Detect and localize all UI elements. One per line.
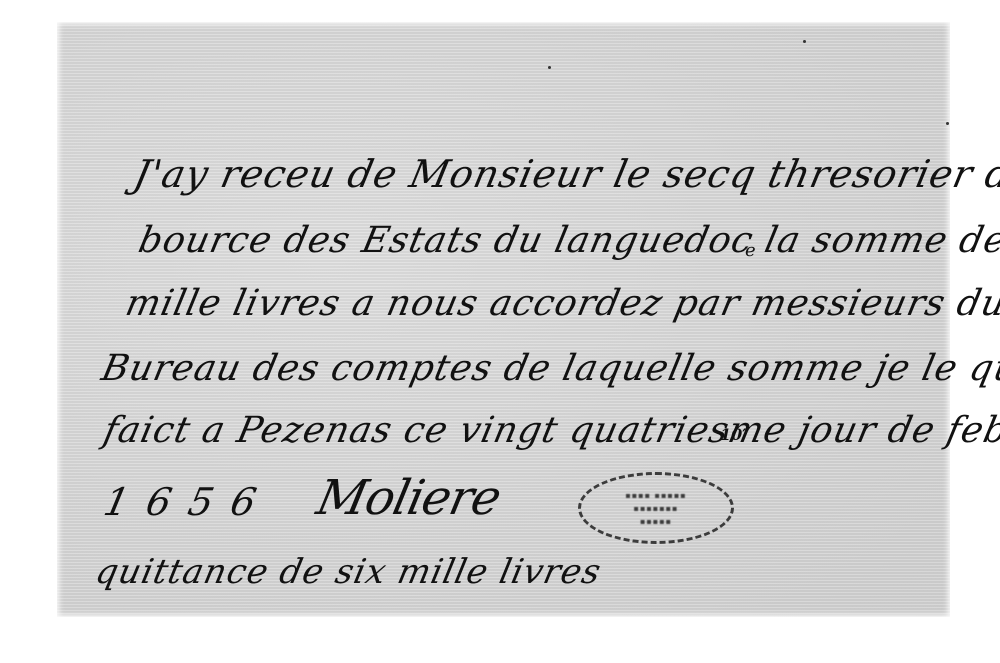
superscript-jour-note: 10″ bbox=[720, 425, 749, 444]
paper-speck bbox=[803, 40, 806, 43]
stamp-line-3: ▪▪▪▪▪ bbox=[640, 515, 672, 528]
stamp-line-2: ▪▪▪▪▪▪▪ bbox=[634, 502, 679, 515]
stamp-line-1: ▪▪▪▪ ▪▪▪▪▪ bbox=[625, 489, 686, 502]
text-line-quittance: quittance de six mille livres bbox=[92, 552, 605, 592]
text-line-2: bource des Estats du languedoc la somme … bbox=[135, 220, 1000, 261]
text-line-4: Bureau des comptes de laquelle somme je … bbox=[98, 348, 1000, 389]
text-line-3: mille livres a nous accordez par messieu… bbox=[122, 283, 1000, 324]
text-line-5: faict a Pezenas ce vingt quatriesme jour… bbox=[100, 410, 1000, 451]
superscript-e: e bbox=[745, 240, 756, 261]
paper-speck bbox=[548, 66, 551, 69]
signature: Moliere bbox=[312, 470, 505, 526]
archive-stamp-icon: ▪▪▪▪ ▪▪▪▪▪ ▪▪▪▪▪▪▪ ▪▪▪▪▪ bbox=[578, 472, 734, 544]
date-year: 1656 bbox=[100, 480, 278, 524]
text-line-1: J'ay receu de Monsieur le secq thresorie… bbox=[130, 152, 1000, 196]
paper-speck bbox=[946, 122, 949, 125]
